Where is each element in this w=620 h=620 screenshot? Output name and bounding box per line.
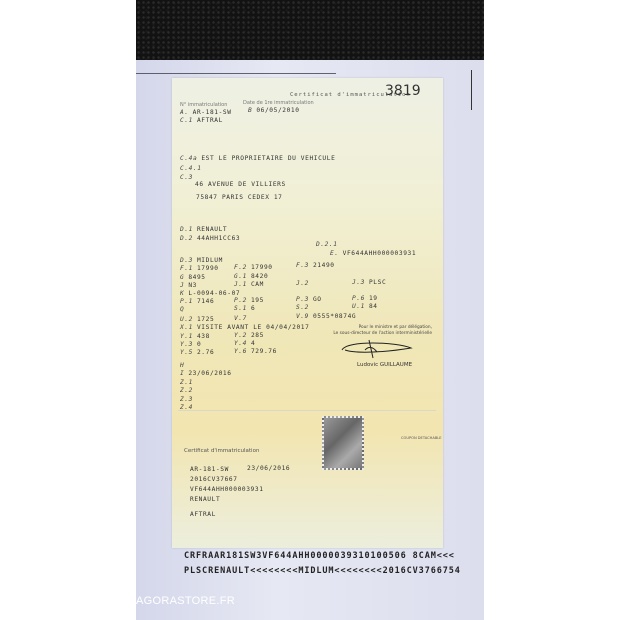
tax-stamp-icon [322,416,364,470]
stub-make: RENAULT [190,496,220,503]
field-p6: P.619 [352,295,378,302]
stub-formula-number: 2016CV37667 [190,476,238,483]
field-g1: G.18420 [234,273,268,280]
coupon-label: COUPON DETACHABLE [401,436,442,440]
field-y2: Y.2285 [234,332,264,339]
field-z1: Z.1 [180,379,197,386]
field-y3: Y.30 [180,341,201,348]
field-c41: C.4.1 [180,165,206,172]
field-h: H [180,362,188,369]
background-left [0,0,136,620]
label-registration-number: N° immatriculation [180,102,227,108]
document-photo: Certificat d'immatriculation 3819 N° imm… [136,0,484,620]
field-c1: C.1AFTRAL [180,117,223,124]
field-j: JN3 [180,282,197,289]
field-u2: U.21725 [180,316,214,323]
mrz-line-1: CRFRAAR181SW3VF644AHH0000039310100506 8C… [184,551,455,561]
field-c4a: C.4aEST LE PROPRIETAIRE DU VEHICULE [180,155,335,162]
field-c3-line2: 75847 PARIS CEDEX 17 [196,194,283,201]
field-v7: V.7 [234,315,251,322]
field-b: B06/05/2010 [248,107,300,114]
paper-edge-line [136,73,336,74]
field-c3-line1: 46 AVENUE DE VILLIERS [195,181,286,188]
field-p1: P.17146 [180,298,214,305]
field-v9: V.90555*0874G [296,313,356,320]
field-y5: Y.52.76 [180,349,214,356]
mrz-line-2: PLSCRENAULT<<<<<<<<MIDLUM<<<<<<<<2016CV3… [184,566,461,576]
signature-authority-line1: Pour le ministre et par délégation, [312,325,432,330]
field-e: E.VF644AHH000003931 [330,250,416,257]
field-c3-label: C.3 [180,174,197,181]
signature-scribble-icon [337,336,417,360]
handwritten-number: 3819 [385,83,421,99]
field-f3: F.321490 [296,262,335,269]
field-p3: P.3GO [296,296,322,303]
field-g: G8495 [180,274,206,281]
field-d21: D.2.1 [316,241,342,248]
stub-title: Certificat d'immatriculation [184,448,259,454]
field-u1: U.184 [352,303,378,310]
field-d2: D.244AHH1CC63 [180,235,240,242]
stub-vin: VF644AHH000003931 [190,486,264,493]
stub-holder: AFTRAL [190,511,216,518]
field-j3: J.3PLSC [352,279,386,286]
leather-surface [136,0,484,62]
signer-name: Ludovic GUILLAUME [357,362,412,368]
field-z2: Z.2 [180,387,197,394]
field-z3: Z.3 [180,396,197,403]
field-d3: D.3MIDLUM [180,257,223,264]
field-p2: P.2195 [234,297,264,304]
field-a: A.AR-181-SW [180,109,232,116]
paper-edge-line [471,70,472,110]
field-j2: J.2 [296,280,313,287]
field-j1: J.1CAM [234,281,264,288]
registration-certificate: Certificat d'immatriculation 3819 N° imm… [172,78,443,548]
stub-date: 23/06/2016 [247,465,290,472]
field-y1: Y.1438 [180,333,210,340]
field-x1: X.1VISITE AVANT LE 04/04/2017 [180,324,309,331]
field-f1: F.117990 [180,265,219,272]
field-q: Q [180,306,188,313]
field-s1: S.16 [234,305,255,312]
watermark: AGORASTORE.FR [136,595,235,607]
field-y6: Y.6729.76 [234,348,277,355]
background-right [484,0,620,620]
field-i: I23/06/2016 [180,370,232,377]
field-d1: D.1RENAULT [180,226,227,233]
field-y4: Y.44 [234,340,255,347]
label-first-registration-date: Date de 1re immatriculation [243,100,314,106]
field-k: KL-0094-06-07 [180,290,240,297]
stub-registration: AR-181-SW [190,466,229,473]
field-s2: S.2 [296,304,313,311]
separator [178,410,436,411]
field-f2: F.217990 [234,264,273,271]
